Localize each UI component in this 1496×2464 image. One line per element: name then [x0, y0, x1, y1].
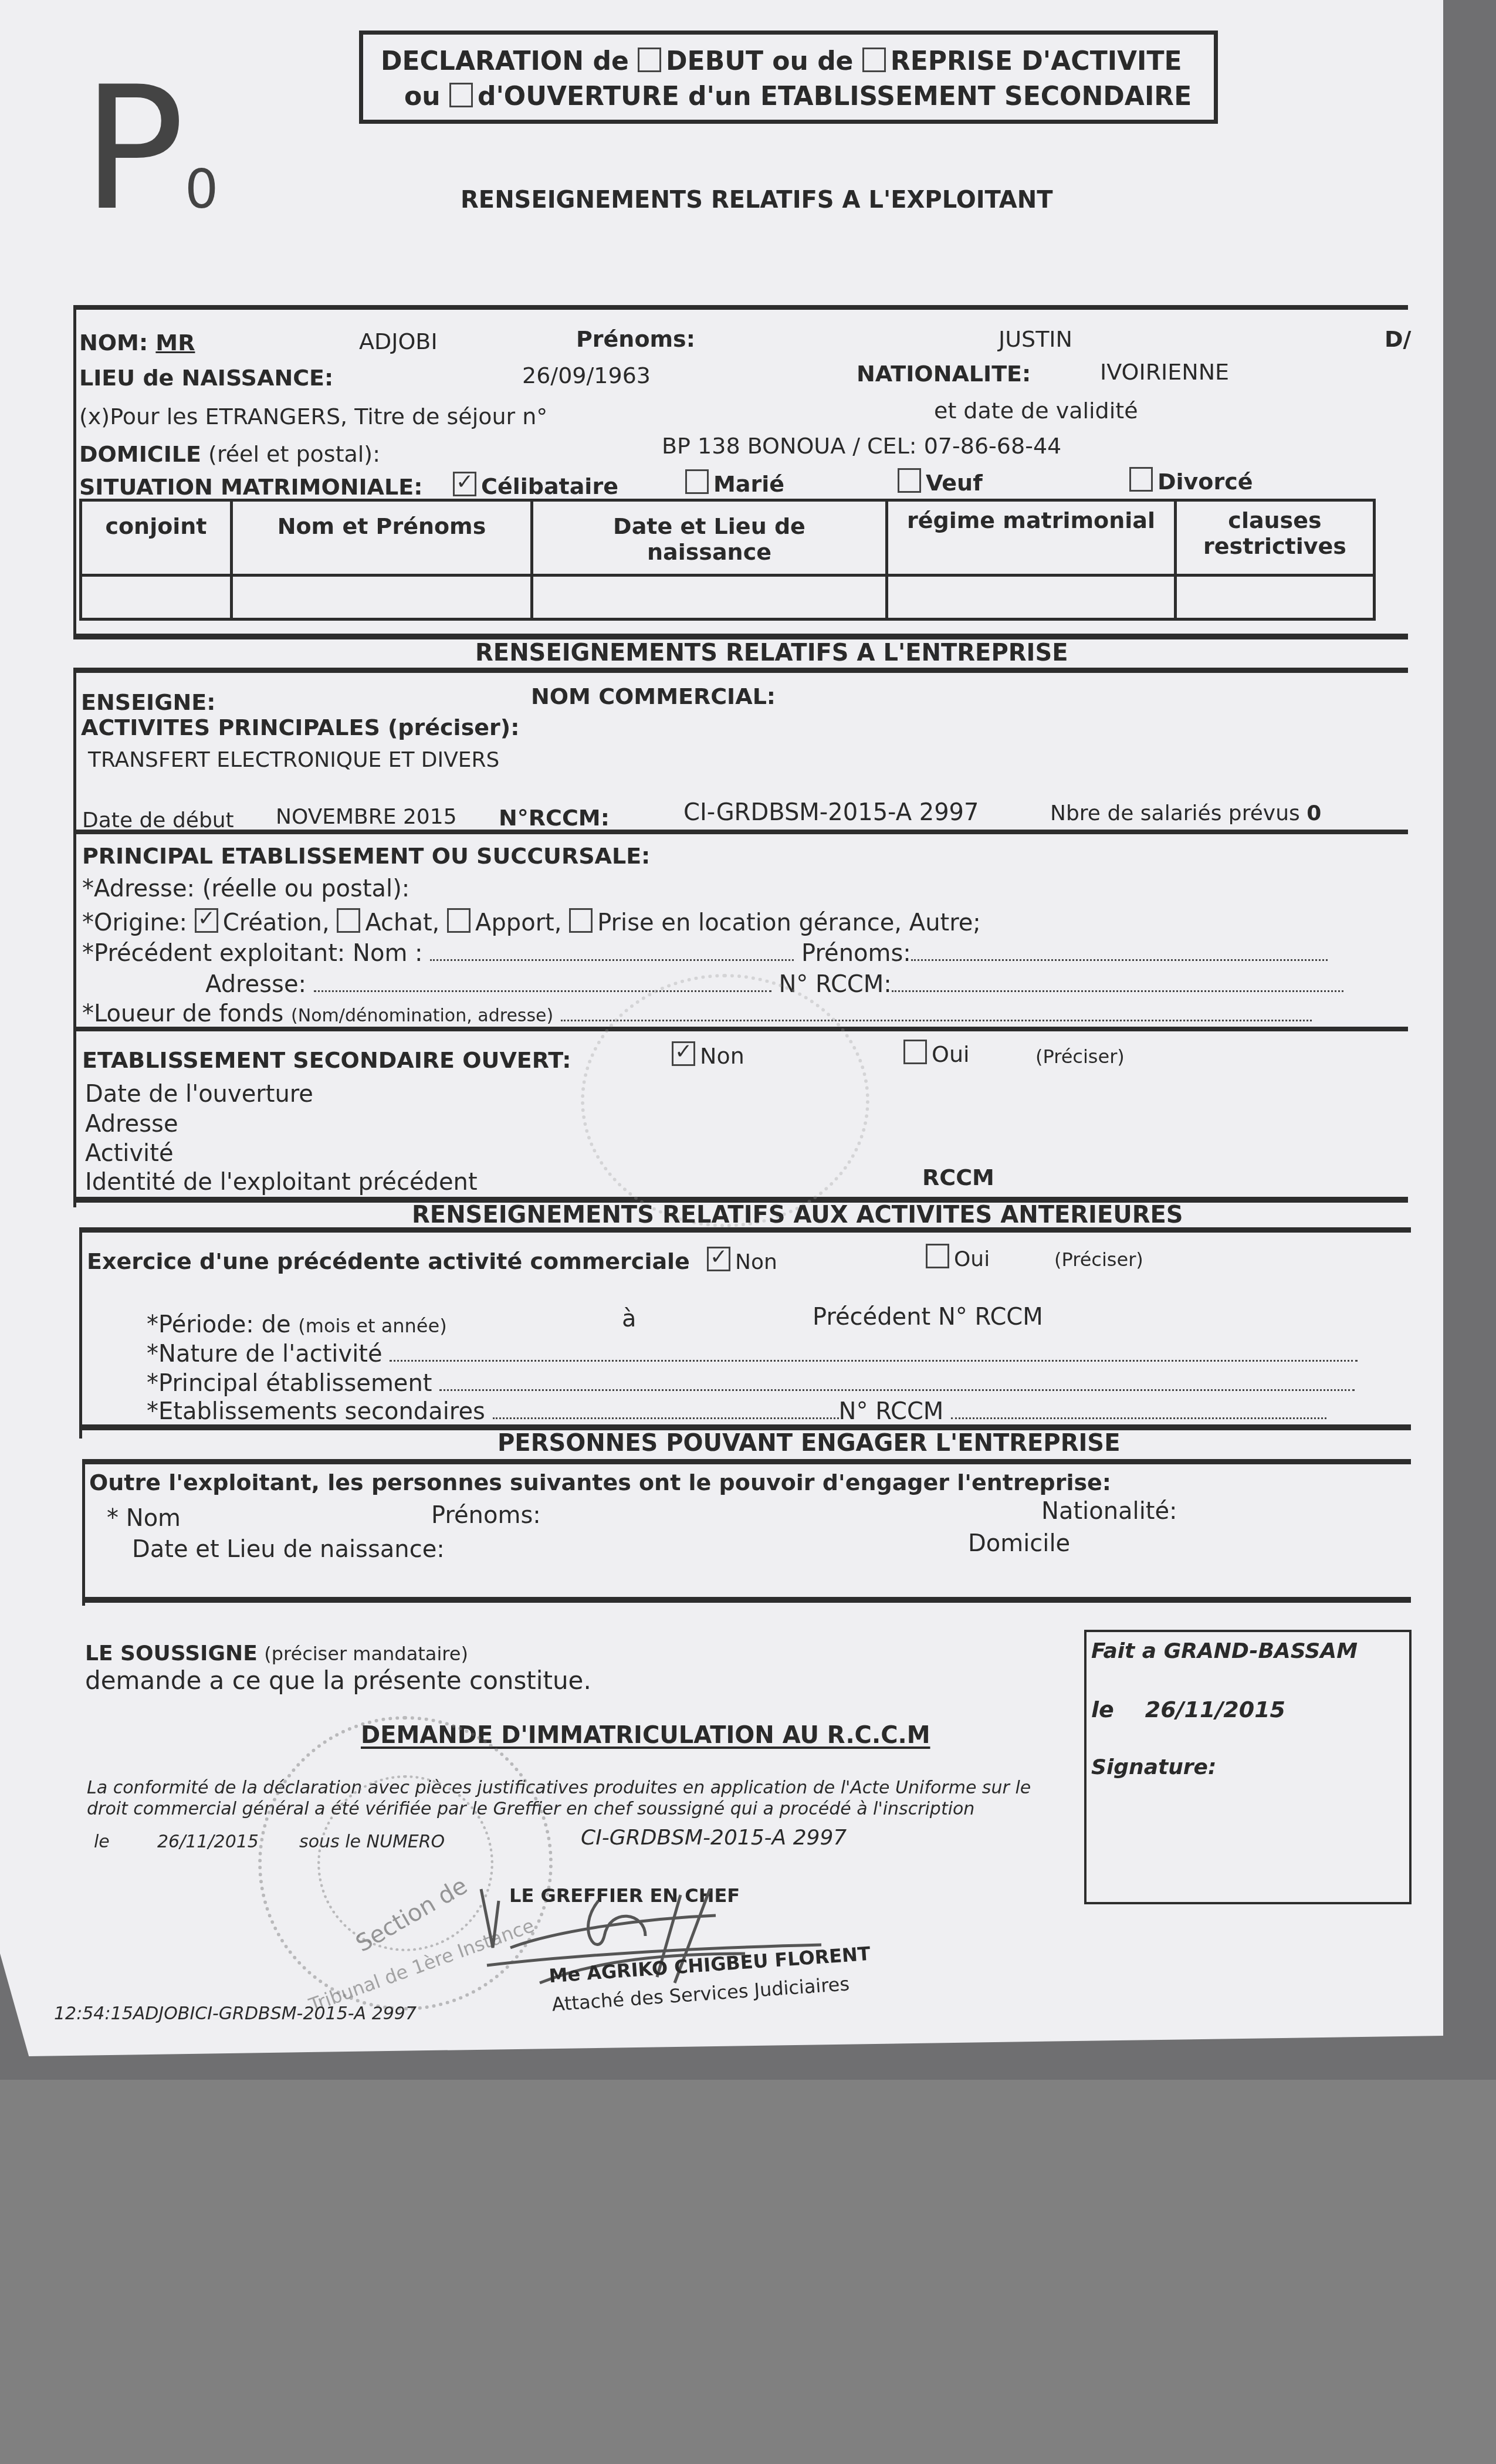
situation-divorce[interactable]: Divorcé — [1129, 467, 1253, 495]
footer-code: 12:54:15ADJOBICI-GRDBSM-2015-A 2997 — [54, 2003, 417, 2024]
reprise-checkbox[interactable] — [862, 48, 886, 72]
fait-date: le 26/11/2015 — [1091, 1697, 1285, 1722]
precedent-rccm-label: Précédent N° RCCM — [813, 1304, 1043, 1331]
situation-celibataire[interactable]: Célibataire — [453, 472, 618, 499]
nom-value: ADJOBI — [359, 329, 438, 354]
stamp-faint — [581, 974, 869, 1227]
soussigne-line2: demande a ce que la présente constitue. — [85, 1666, 591, 1695]
rccm-value: CI-GRDBSM-2015-A 2997 — [683, 799, 979, 826]
personne-nationalite-label: Nationalité: — [1041, 1498, 1177, 1525]
principal-title: PRINCIPAL ETABLISSEMENT OU SUCCURSALE: — [82, 843, 650, 869]
exercice-non[interactable]: Non — [707, 1247, 777, 1274]
immatriculation-text-1: La conformité de la déclaration avec piè… — [87, 1778, 1031, 1798]
date-naissance-value: 26/09/1963 — [522, 363, 651, 388]
situation-veuf[interactable]: Veuf — [898, 468, 983, 496]
prenoms-label: Prénoms: — [576, 326, 695, 352]
periode-label: *Période: de (mois et année) — [147, 1311, 447, 1338]
nationalite-value: IVOIRIENNE — [1100, 359, 1229, 385]
origine-apport-checkbox[interactable] — [447, 908, 471, 933]
date-debut-value: NOVEMBRE 2015 — [276, 805, 457, 829]
enseigne-label: ENSEIGNE: — [81, 689, 215, 715]
nationalite-label: NATIONALITE: — [857, 361, 1031, 387]
lieu-naissance-label: LIEU de NAISSANCE: — [79, 365, 333, 391]
clauses-cell[interactable] — [1176, 576, 1375, 620]
exercice-oui[interactable]: Oui — [926, 1244, 990, 1271]
prenoms-value: JUSTIN — [999, 326, 1072, 352]
conjoint-table: conjoint Nom et Prénoms Date et Lieu de … — [79, 499, 1376, 621]
personnes-intro: Outre l'exploitant, les personnes suivan… — [89, 1470, 1111, 1495]
form-code: P0 — [82, 65, 218, 275]
validite-label: et date de validité — [934, 398, 1138, 424]
section-title-entreprise: RENSEIGNEMENTS RELATIFS A L'ENTREPRISE — [475, 639, 1068, 666]
activites-label: ACTIVITES PRINCIPALES (préciser): — [81, 715, 519, 740]
identite-label: Identité de l'exploitant précédent — [85, 1169, 478, 1196]
personne-date-lieu-label: Date et Lieu de naissance: — [132, 1536, 445, 1563]
civilite-value: MR — [155, 330, 195, 356]
exercice-label: Exercice d'une précédente activité comme… — [87, 1248, 690, 1274]
domicile-value: BP 138 BONOUA / CEL: 07-86-68-44 — [662, 433, 1061, 459]
th-clauses: clauses restrictives — [1176, 500, 1375, 576]
etrangers-label: (x)Pour les ETRANGERS, Titre de séjour n… — [79, 404, 547, 429]
activites-value: TRANSFERT ELECTRONIQUE ET DIVERS — [88, 748, 499, 772]
date-debut-label: Date de début — [82, 808, 234, 832]
form-code-sub: 0 — [185, 159, 218, 221]
divorce-checkbox[interactable] — [1129, 467, 1153, 492]
rccm2-label: RCCM — [922, 1165, 994, 1190]
section-title-anterieures: RENSEIGNEMENTS RELATIFS AUX ACTIVITES AN… — [412, 1201, 1183, 1228]
cut-text: D/ — [1385, 326, 1411, 352]
situation-label: SITUATION MATRIMONIALE: — [79, 474, 422, 500]
secondaire-label: ETABLISSEMENT SECONDAIRE OUVERT: — [82, 1047, 571, 1073]
signature-label: Signature: — [1091, 1755, 1216, 1779]
fait-box: Fait a GRAND-BASSAM le 26/11/2015 Signat… — [1084, 1630, 1412, 1904]
th-conjoint: conjoint — [81, 500, 232, 576]
date-lieu-cell[interactable] — [532, 576, 887, 620]
precedent-nom-row: *Précédent exploitant: Nom : Prénoms: — [82, 940, 1328, 967]
nom-label: NOM: MR — [79, 330, 195, 356]
salaries-value: 0 — [1307, 801, 1321, 825]
rccm-label: N°RCCM: — [499, 805, 610, 831]
secondaire-oui[interactable]: Oui — [903, 1040, 970, 1067]
th-date-lieu: Date et Lieu de naissance — [532, 500, 887, 576]
nom-prenoms-cell[interactable] — [232, 576, 532, 620]
soussigne-label: LE SOUSSIGNE (préciser mandataire) — [85, 1641, 468, 1666]
section-title-personnes: PERSONNES POUVANT ENGAGER L'ENTREPRISE — [497, 1430, 1121, 1457]
personne-nom-label: * Nom — [107, 1505, 181, 1532]
section-title-exploitant: RENSEIGNEMENTS RELATIFS A L'EXPLOITANT — [461, 187, 1053, 214]
veuf-checkbox[interactable] — [898, 468, 921, 493]
regime-cell[interactable] — [887, 576, 1176, 620]
nom-commercial-label: NOM COMMERCIAL: — [531, 683, 776, 709]
marie-checkbox[interactable] — [685, 469, 709, 494]
fait-date-value: 26/11/2015 — [1145, 1697, 1285, 1722]
th-nom-prenoms: Nom et Prénoms — [232, 500, 532, 576]
personne-domicile-label: Domicile — [968, 1530, 1070, 1557]
declaration-box: DECLARATION de DEBUT ou de REPRISE D'ACT… — [359, 31, 1218, 124]
date-ouverture-label: Date de l'ouverture — [85, 1081, 313, 1108]
exercice-preciser: (Préciser) — [1054, 1248, 1143, 1271]
secondaire-oui-checkbox[interactable] — [903, 1040, 927, 1064]
declaration-line2: ou d'OUVERTURE d'un ETABLISSEMENT SECOND… — [404, 82, 1192, 111]
periode-a-label: à — [622, 1305, 637, 1332]
principal-row: *Principal établissement — [147, 1370, 1355, 1397]
adresse-label: *Adresse: (réelle ou postal): — [82, 875, 409, 902]
celibataire-checkbox[interactable] — [453, 472, 476, 496]
form-page: P0 DECLARATION de DEBUT ou de REPRISE D'… — [0, 0, 1443, 2056]
exercice-oui-checkbox[interactable] — [926, 1244, 949, 1268]
immatriculation-date: 26/11/2015 — [157, 1832, 259, 1852]
immatriculation-numero-value: CI-GRDBSM-2015-A 2997 — [581, 1826, 847, 1850]
personne-prenoms-label: Prénoms: — [431, 1502, 541, 1529]
secondaires-row: *Etablissements secondaires N° RCCM — [147, 1398, 1326, 1425]
immatriculation-le: le — [94, 1832, 110, 1852]
activite-label: Activité — [85, 1140, 174, 1167]
declaration-line1: DECLARATION de DEBUT ou de REPRISE D'ACT… — [381, 46, 1182, 76]
domicile-label: DOMICILE (réel et postal): — [79, 441, 380, 467]
secondaire-preciser: (Préciser) — [1035, 1045, 1125, 1068]
debut-checkbox[interactable] — [638, 48, 661, 72]
origine-creation-checkbox[interactable] — [195, 908, 218, 933]
origine-row: *Origine: Création, Achat, Apport, Prise… — [82, 908, 981, 936]
form-code-letter: P — [82, 50, 185, 248]
situation-marie[interactable]: Marié — [685, 469, 784, 497]
adresse2-label: Adresse — [85, 1111, 178, 1138]
nature-row: *Nature de l'activité — [147, 1341, 1358, 1368]
ouverture-checkbox[interactable] — [449, 83, 473, 107]
fait-label: Fait a GRAND-BASSAM — [1091, 1639, 1358, 1663]
exercice-non-checkbox[interactable] — [707, 1247, 730, 1271]
origine-achat-checkbox[interactable] — [337, 908, 360, 933]
th-regime: régime matrimonial — [887, 500, 1176, 576]
origine-location-checkbox[interactable] — [569, 908, 593, 933]
salaries: Nbre de salariés prévus 0 — [1050, 801, 1321, 825]
conjoint-cell[interactable] — [81, 576, 232, 620]
